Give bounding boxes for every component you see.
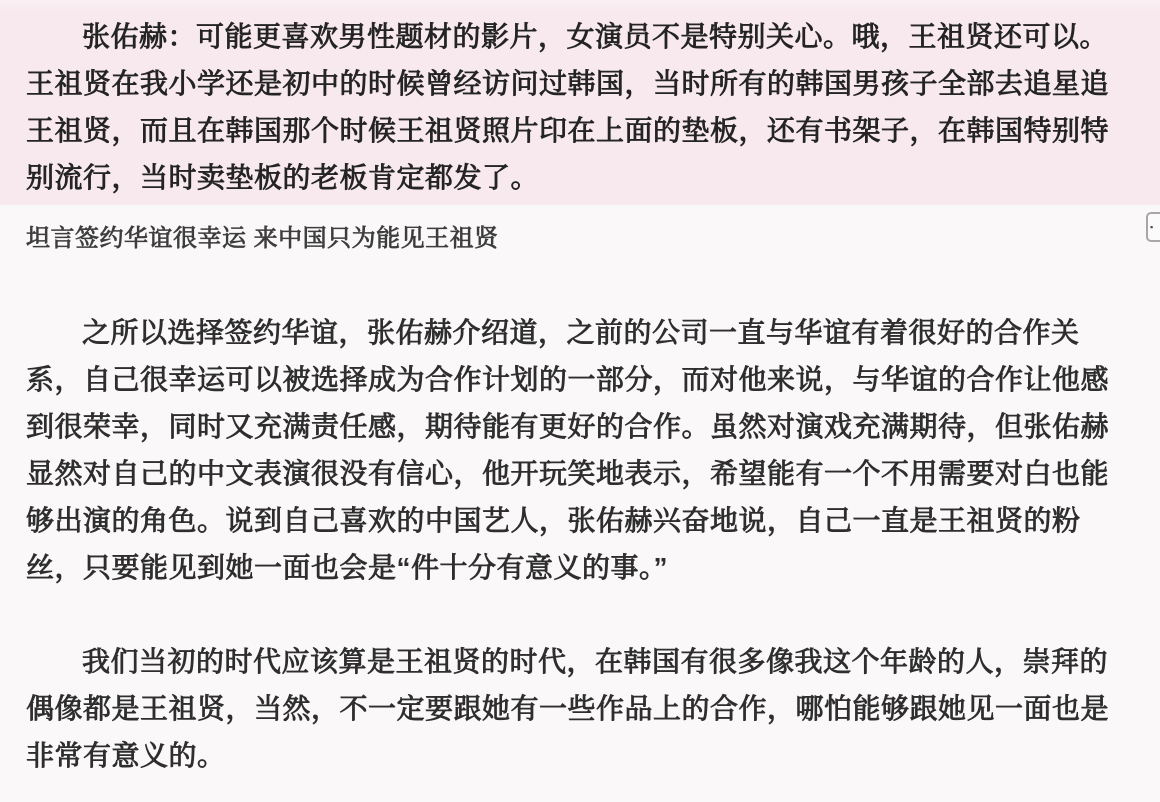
article-body: 坦言签约华谊很幸运 来中国只为能见王祖贤 之所以选择签约华谊，张佑赫介绍道，之前… (0, 205, 1160, 779)
quote-paragraph: 张佑赫：可能更喜欢男性题材的影片，女演员不是特别关心。哦，王祖贤还可以。王祖贤在… (26, 13, 1134, 201)
article-paragraph: 之所以选择签约华谊，张佑赫介绍道，之前的公司一直与华谊有着很好的合作关系，自己很… (26, 309, 1134, 591)
article-paragraph: 我们当初的时代应该算是王祖贤的时代，在韩国有很多像我这个年龄的人，崇拜的偶像都是… (26, 638, 1134, 779)
article-page: 张佑赫：可能更喜欢男性题材的影片，女演员不是特别关心。哦，王祖贤还可以。王祖贤在… (0, 0, 1160, 802)
quote-block: 张佑赫：可能更喜欢男性题材的影片，女演员不是特别关心。哦，王祖贤还可以。王祖贤在… (0, 0, 1160, 205)
article-subtitle: 坦言签约华谊很幸运 来中国只为能见王祖贤 (26, 215, 1134, 262)
side-button-icon: ▪ (1150, 223, 1153, 232)
floating-side-button[interactable]: ▪ (1146, 212, 1160, 242)
